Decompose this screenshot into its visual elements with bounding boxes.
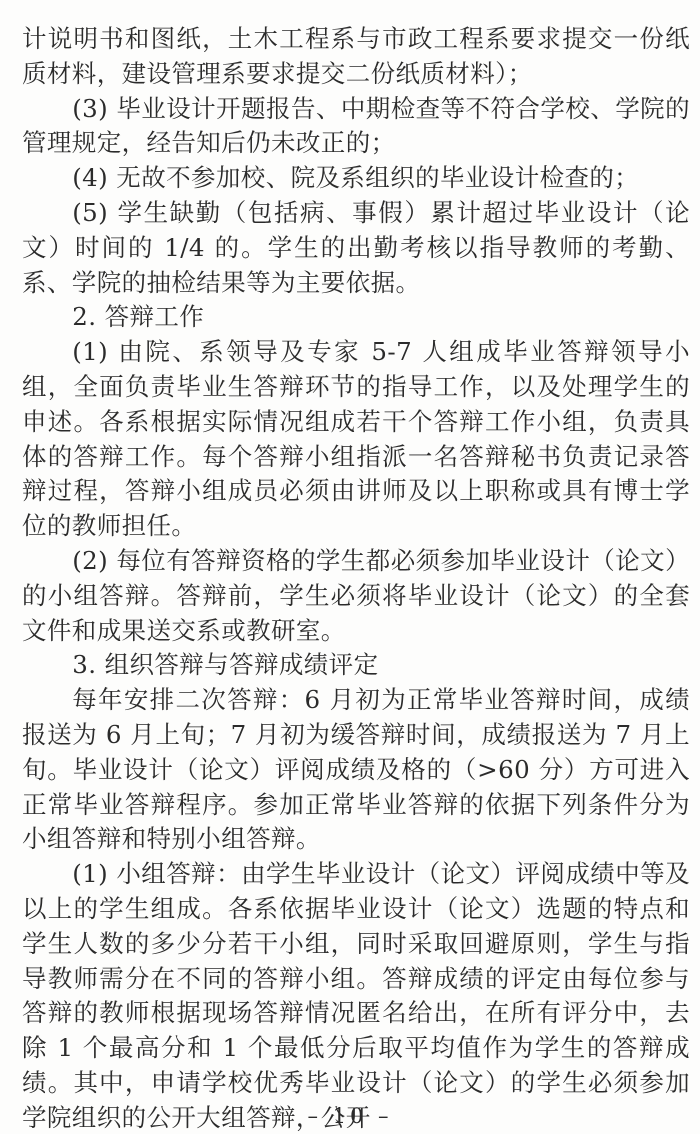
- paragraph-item-3: (3) 毕业设计开题报告、中期检查等不符合学校、学院的管理规定，经告知后仍未改正…: [22, 92, 690, 162]
- paragraph-continuation: 计说明书和图纸，土木工程系与市政工程系要求提交一份纸质材料，建设管理系要求提交二…: [22, 22, 690, 92]
- page-number: – 10 –: [0, 1104, 700, 1128]
- section-heading-3: 3. 组织答辩与答辩成绩评定: [22, 648, 690, 683]
- document-page: 计说明书和图纸，土木工程系与市政工程系要求提交一份纸质材料，建设管理系要求提交二…: [0, 0, 700, 1134]
- paragraph-defense-leadership: (1) 由院、系领导及专家 5-7 人组成毕业答辩领导小组，全面负责毕业生答辩环…: [22, 335, 690, 544]
- document-body: 计说明书和图纸，土木工程系与市政工程系要求提交一份纸质材料，建设管理系要求提交二…: [22, 22, 690, 1134]
- section-heading-2: 2. 答辩工作: [22, 300, 690, 335]
- paragraph-defense-schedule: 每年安排二次答辩：6 月初为正常毕业答辩时间，成绩报送为 6 月上旬；7 月初为…: [22, 683, 690, 857]
- paragraph-item-5: (5) 学生缺勤（包括病、事假）累计超过毕业设计（论文）时间的 1/4 的。学生…: [22, 196, 690, 300]
- paragraph-defense-qualification: (2) 每位有答辩资格的学生都必须参加毕业设计（论文）的小组答辩。答辩前，学生必…: [22, 544, 690, 648]
- paragraph-group-defense: (1) 小组答辩：由学生毕业设计（论文）评阅成绩中等及以上的学生组成。各系依据毕…: [22, 857, 690, 1134]
- paragraph-item-4: (4) 无故不参加校、院及系组织的毕业设计检查的；: [22, 161, 690, 196]
